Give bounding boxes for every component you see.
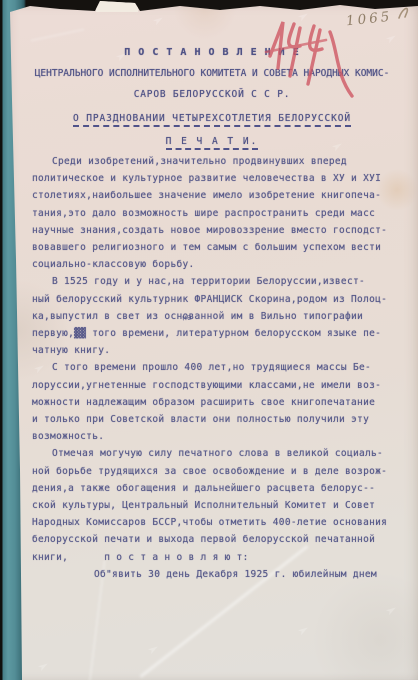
watermark-arrow-icon: ➤ bbox=[36, 660, 52, 675]
paragraph-4: Отмечая могучую силу печатного слова в в… bbox=[32, 445, 400, 565]
paper-crease bbox=[30, 28, 84, 41]
decree-body: Среди изобретений,значительно продвинувш… bbox=[24, 153, 400, 583]
paragraph-resolution: Об"явить 30 день Декабря 1925 г. юбилейн… bbox=[32, 566, 400, 583]
paragraph-3: С того времени прошло 400 лет,но трудящи… bbox=[32, 359, 400, 445]
decree-subject-print: П Е Ч А Т И. bbox=[166, 136, 259, 150]
scan-background: П О С Т А Н О В Л Е Н И Е ЦЕНТРАЛЬНОГО И… bbox=[0, 0, 418, 680]
red-pencil-mark bbox=[256, 4, 364, 104]
typed-text-block: П О С Т А Н О В Л Е Н И Е ЦЕНТРАЛЬНОГО И… bbox=[24, 44, 400, 583]
decree-subject-line1: О ПРАЗДНОВАНИИ ЧЕТЫРЕХСОТЛЕТИЯ БЕЛОРУССК… bbox=[24, 107, 400, 127]
watermark-arrow-icon: ➤ bbox=[384, 604, 400, 619]
handwritten-insertion: на bbox=[182, 313, 193, 323]
pencil-tick-icon bbox=[396, 2, 416, 22]
document-page: П О С Т А Н О В Л Е Н И Е ЦЕНТРАЛЬНОГО И… bbox=[0, 0, 418, 680]
decree-subject-text: О ПРАЗДНОВАНИИ ЧЕТЫРЕХСОТЛЕТИЯ БЕЛОРУССК… bbox=[73, 113, 351, 127]
paragraph-2: В 1525 году и у нас,на территории Белору… bbox=[32, 273, 400, 359]
watermark-arrow-icon: ➤ bbox=[296, 624, 312, 639]
paragraph-1: Среди изобретений,значительно продвинувш… bbox=[32, 153, 400, 273]
watermark-arrow-icon: ➤ bbox=[151, 14, 167, 29]
watermark-arrow-icon: ➤ bbox=[146, 643, 162, 658]
torn-edge-patch bbox=[96, 0, 138, 12]
